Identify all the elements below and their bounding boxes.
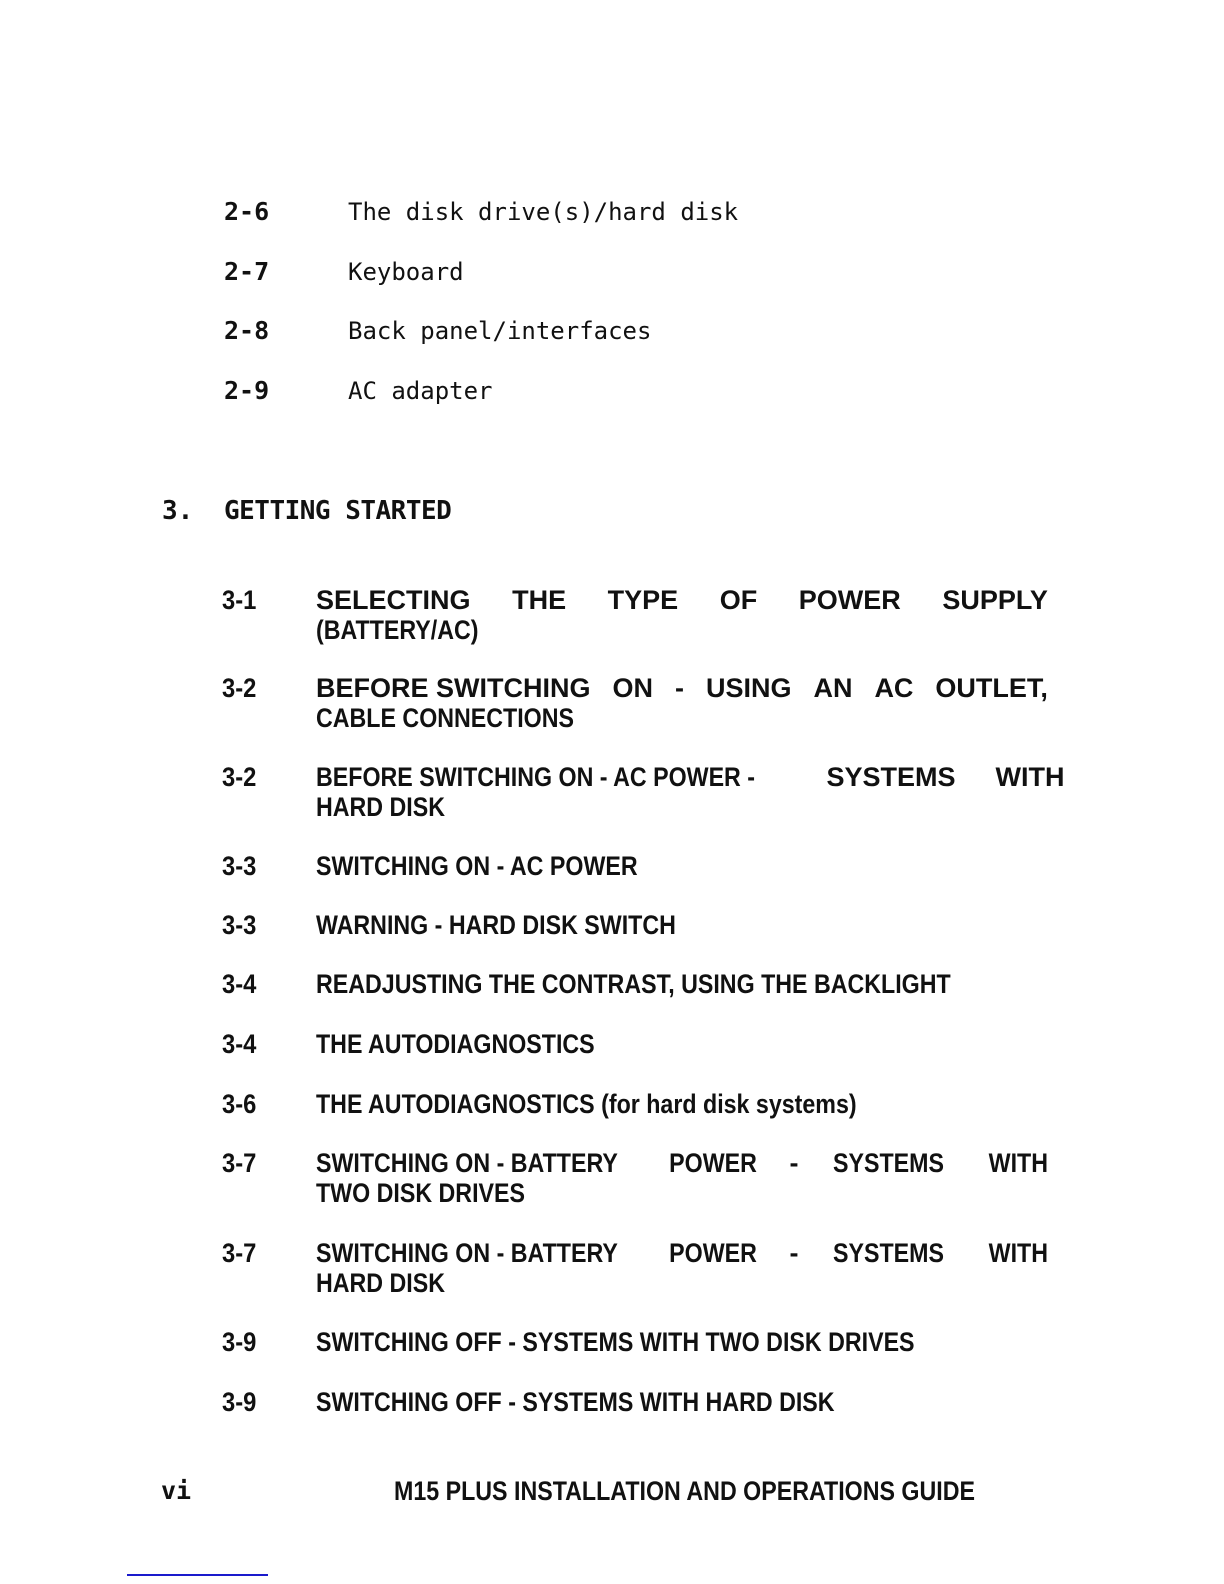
toc-entry-title: SWITCHING OFF - SYSTEMS WITH HARD DISK: [316, 1387, 1048, 1417]
toc-page-number: 3-3: [222, 910, 256, 940]
toc-entry: 2-7 Keyboard: [224, 257, 1054, 287]
toc-entry-line: SWITCHING ON - AC POWER: [316, 851, 946, 881]
word: SELECTING: [316, 585, 471, 615]
chapter-title: GETTING STARTED: [224, 494, 451, 528]
toc-entry-line: HARD DISK: [316, 792, 946, 822]
toc-entry-title: Back panel/interfaces: [348, 316, 651, 346]
toc-page-number: 3-2: [222, 762, 256, 792]
word: SWITCHING ON - BATTERY: [316, 1238, 591, 1268]
word: TYPE: [608, 585, 679, 615]
toc-entry-title: SELECTING THE TYPE OF POWER SUPPLY (BATT…: [316, 585, 1048, 645]
word: WITH: [989, 1238, 1048, 1268]
toc-entry-title: The disk drive(s)/hard disk: [348, 197, 738, 227]
toc-entry-line: THE AUTODIAGNOSTICS: [316, 1029, 946, 1059]
word: POWER: [669, 1148, 757, 1178]
word: AC: [874, 673, 913, 703]
toc-entry-title: BEFORE SWITCHING ON - USING AN AC OUTLET…: [316, 673, 1048, 733]
toc-entry-line: CABLE CONNECTIONS: [316, 703, 946, 733]
document-page: 2-6 The disk drive(s)/hard disk 2-7 Keyb…: [0, 0, 1224, 1584]
toc-page-number: 2-8: [224, 316, 269, 346]
toc-page-number: 3-4: [222, 1029, 256, 1059]
word: SYSTEMS: [833, 1238, 944, 1268]
toc-entry-line: READJUSTING THE CONTRAST, USING THE BACK…: [316, 969, 946, 999]
footer-title-text: M15 PLUS INSTALLATION AND OPERATIONS GUI…: [394, 1476, 975, 1506]
toc-page-number: 3-4: [222, 969, 256, 999]
toc-entry-title: SWITCHING ON - BATTERY POWER - SYSTEMS W…: [316, 1238, 1048, 1298]
toc-entry-line: SWITCHING OFF - SYSTEMS WITH HARD DISK: [316, 1387, 946, 1417]
toc-entry: 2-9 AC adapter: [224, 376, 1054, 406]
word: USING: [706, 673, 792, 703]
blue-rule-divider: [127, 1574, 268, 1576]
toc-entry-title: THE AUTODIAGNOSTICS (for hard disk syste…: [316, 1089, 1048, 1119]
word: OF: [720, 585, 758, 615]
word: SYSTEMS: [826, 762, 955, 792]
toc-page-number: 2-7: [224, 257, 269, 287]
word: ON: [612, 673, 653, 703]
word: AN: [813, 673, 852, 703]
word: -: [675, 673, 684, 703]
footer-title: M15 PLUS INSTALLATION AND OPERATIONS GUI…: [394, 1476, 1048, 1506]
toc-entry-title: READJUSTING THE CONTRAST, USING THE BACK…: [316, 969, 1048, 999]
word: THE: [512, 585, 566, 615]
word: POWER: [669, 1238, 757, 1268]
toc-page-number: 2-6: [224, 197, 269, 227]
toc-entry-title: Keyboard: [348, 257, 464, 287]
word: -: [789, 1238, 798, 1268]
toc-entry-title: SWITCHING OFF - SYSTEMS WITH TWO DISK DR…: [316, 1327, 1048, 1357]
toc-page-number: 3-3: [222, 851, 256, 881]
word: OUTLET,: [935, 673, 1048, 703]
toc-page-number: 3-6: [222, 1089, 256, 1119]
toc-entry-title: WARNING - HARD DISK SWITCH: [316, 910, 1048, 940]
toc-page-number: 3-9: [222, 1327, 256, 1357]
word: BEFORE SWITCHING: [316, 673, 591, 703]
word: SWITCHING ON - BATTERY: [316, 1148, 591, 1178]
toc-entry-line: SELECTING THE TYPE OF POWER SUPPLY: [316, 585, 1048, 615]
toc-page-number: 3-7: [222, 1148, 256, 1178]
footer-page-number: vi: [161, 1476, 191, 1506]
toc-entry-line: SWITCHING OFF - SYSTEMS WITH TWO DISK DR…: [316, 1327, 946, 1357]
word: POWER: [799, 585, 901, 615]
toc-entry-title: SWITCHING ON - AC POWER: [316, 851, 1048, 881]
toc-page-number: 3-2: [222, 673, 256, 703]
toc-entry-line: BEFORE SWITCHING ON - AC POWER - SYSTEMS…: [316, 762, 1048, 792]
toc-entry-line: BEFORE SWITCHING ON - USING AN AC OUTLET…: [316, 673, 1048, 703]
toc-entry-line: WARNING - HARD DISK SWITCH: [316, 910, 946, 940]
toc-entry-title: SWITCHING ON - BATTERY POWER - SYSTEMS W…: [316, 1148, 1048, 1208]
toc-entry-title: BEFORE SWITCHING ON - AC POWER - SYSTEMS…: [316, 762, 1048, 822]
word: BEFORE SWITCHING ON - AC POWER -: [316, 762, 755, 792]
toc-entry-line: TWO DISK DRIVES: [316, 1178, 946, 1208]
word: SYSTEMS: [833, 1148, 944, 1178]
toc-entry-line: SWITCHING ON - BATTERY POWER - SYSTEMS W…: [316, 1148, 1048, 1178]
word: WITH: [989, 1148, 1048, 1178]
word: WITH: [996, 762, 1065, 792]
chapter-number: 3.: [162, 494, 193, 528]
toc-entry-line: (BATTERY/AC): [316, 615, 946, 645]
toc-entry: 2-8 Back panel/interfaces: [224, 316, 1054, 346]
toc-page-number: 3-9: [222, 1387, 256, 1417]
toc-page-number: 3-1: [222, 585, 256, 615]
toc-entry-line: HARD DISK: [316, 1268, 946, 1298]
toc-entry-line: THE AUTODIAGNOSTICS (for hard disk syste…: [316, 1089, 946, 1119]
toc-entry-title: AC adapter: [348, 376, 493, 406]
word: -: [789, 1148, 798, 1178]
toc-page-number: 3-7: [222, 1238, 256, 1268]
word: SUPPLY: [942, 585, 1048, 615]
toc-entry-title: THE AUTODIAGNOSTICS: [316, 1029, 1048, 1059]
toc-entry-line: SWITCHING ON - BATTERY POWER - SYSTEMS W…: [316, 1238, 1048, 1268]
toc-entry: 2-6 The disk drive(s)/hard disk: [224, 197, 1054, 227]
toc-page-number: 2-9: [224, 376, 269, 406]
